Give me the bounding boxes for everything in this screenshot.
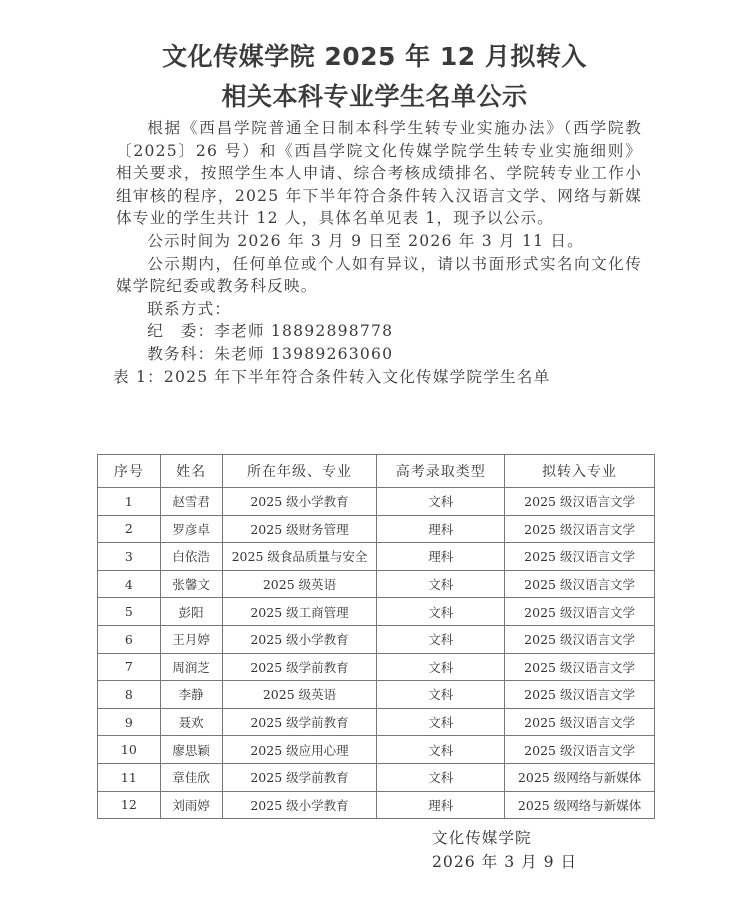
cell-name: 李静 [160, 681, 222, 709]
cell-name: 罗彦卓 [160, 515, 222, 543]
cell-name: 刘雨婷 [160, 791, 222, 819]
cell-admission-type: 文科 [377, 570, 505, 598]
contact-label: 联系方式： [116, 298, 642, 321]
cell-current-major: 2025 级小学教育 [222, 488, 377, 516]
cell-current-major: 2025 级小学教育 [222, 625, 377, 653]
cell-name: 赵雪君 [160, 488, 222, 516]
cell-index: 6 [98, 625, 161, 653]
signature-organization: 文化传媒学院 [432, 826, 532, 848]
cell-index: 5 [98, 598, 161, 626]
cell-name: 王月婷 [160, 625, 222, 653]
cell-target-major: 2025 级汉语言文学 [505, 736, 655, 764]
cell-target-major: 2025 级网络与新媒体 [505, 763, 655, 791]
cell-target-major: 2025 级汉语言文学 [505, 625, 655, 653]
header-admission-type: 高考录取类型 [377, 455, 505, 488]
cell-admission-type: 文科 [377, 708, 505, 736]
cell-current-major: 2025 级应用心理 [222, 736, 377, 764]
table-header-row: 序号 姓名 所在年级、专业 高考录取类型 拟转入专业 [98, 455, 655, 488]
cell-index: 1 [98, 488, 161, 516]
table-row: 8李静2025 级英语文科2025 级汉语言文学 [98, 681, 655, 709]
cell-target-major: 2025 级汉语言文学 [505, 598, 655, 626]
cell-current-major: 2025 级英语 [222, 681, 377, 709]
cell-admission-type: 理科 [377, 791, 505, 819]
document-title-line-1: 文化传媒学院 2025 年 12 月拟转入 [0, 37, 749, 73]
cell-admission-type: 文科 [377, 625, 505, 653]
table-row: 10廖思颖2025 级应用心理文科2025 级汉语言文学 [98, 736, 655, 764]
cell-target-major: 2025 级汉语言文学 [505, 543, 655, 571]
header-current-major: 所在年级、专业 [222, 455, 377, 488]
table-row: 1赵雪君2025 级小学教育文科2025 级汉语言文学 [98, 488, 655, 516]
cell-target-major: 2025 级汉语言文学 [505, 570, 655, 598]
cell-index: 8 [98, 681, 161, 709]
table-row: 6王月婷2025 级小学教育文科2025 级汉语言文学 [98, 625, 655, 653]
cell-index: 3 [98, 543, 161, 571]
table-caption: 表 1：2025 年下半年符合条件转入文化传媒学院学生名单 [113, 366, 642, 389]
cell-admission-type: 文科 [377, 736, 505, 764]
cell-admission-type: 理科 [377, 515, 505, 543]
cell-index: 9 [98, 708, 161, 736]
cell-index: 12 [98, 791, 161, 819]
header-target-major: 拟转入专业 [505, 455, 655, 488]
cell-admission-type: 文科 [377, 653, 505, 681]
table-row: 4张馨文2025 级英语文科2025 级汉语言文学 [98, 570, 655, 598]
cell-current-major: 2025 级小学教育 [222, 791, 377, 819]
table-row: 7周润芝2025 级学前教育文科2025 级汉语言文学 [98, 653, 655, 681]
cell-target-major: 2025 级汉语言文学 [505, 653, 655, 681]
cell-name: 张馨文 [160, 570, 222, 598]
contact-academic-affairs: 教务科：朱老师 13989263060 [116, 343, 642, 366]
paragraph-period: 公示时间为 2026 年 3 月 9 日至 2026 年 3 月 11 日。 [116, 230, 642, 253]
cell-target-major: 2025 级汉语言文学 [505, 488, 655, 516]
student-list-table: 序号 姓名 所在年级、专业 高考录取类型 拟转入专业 1赵雪君2025 级小学教… [97, 454, 655, 819]
cell-admission-type: 文科 [377, 598, 505, 626]
table-row: 2罗彦卓2025 级财务管理理科2025 级汉语言文学 [98, 515, 655, 543]
cell-name: 章佳欣 [160, 763, 222, 791]
cell-name: 聂欢 [160, 708, 222, 736]
document-body: 根据《西昌学院普通全日制本科学生转专业实施办法》（西学院教〔2025〕26 号）… [116, 117, 642, 388]
contact-discipline-committee: 纪 委：李老师 18892898778 [116, 320, 642, 343]
cell-name: 周润芝 [160, 653, 222, 681]
cell-index: 10 [98, 736, 161, 764]
cell-admission-type: 文科 [377, 763, 505, 791]
header-index: 序号 [98, 455, 161, 488]
table-row: 5彭阳2025 级工商管理文科2025 级汉语言文学 [98, 598, 655, 626]
cell-admission-type: 文科 [377, 681, 505, 709]
table-row: 12刘雨婷2025 级小学教育理科2025 级网络与新媒体 [98, 791, 655, 819]
cell-admission-type: 理科 [377, 543, 505, 571]
cell-current-major: 2025 级食品质量与安全 [222, 543, 377, 571]
cell-current-major: 2025 级学前教育 [222, 653, 377, 681]
document-title-line-2: 相关本科专业学生名单公示 [0, 77, 749, 113]
cell-target-major: 2025 级汉语言文学 [505, 515, 655, 543]
cell-index: 2 [98, 515, 161, 543]
paragraph-objection: 公示期内，任何单位或个人如有异议，请以书面形式实名向文化传媒学院纪委或教务科反映… [116, 253, 642, 298]
table-row: 3白依浩2025 级食品质量与安全理科2025 级汉语言文学 [98, 543, 655, 571]
cell-admission-type: 文科 [377, 488, 505, 516]
paragraph-basis: 根据《西昌学院普通全日制本科学生转专业实施办法》（西学院教〔2025〕26 号）… [116, 117, 642, 230]
cell-name: 彭阳 [160, 598, 222, 626]
cell-target-major: 2025 级汉语言文学 [505, 681, 655, 709]
cell-target-major: 2025 级网络与新媒体 [505, 791, 655, 819]
cell-current-major: 2025 级英语 [222, 570, 377, 598]
cell-target-major: 2025 级汉语言文学 [505, 708, 655, 736]
header-name: 姓名 [160, 455, 222, 488]
cell-current-major: 2025 级学前教育 [222, 708, 377, 736]
signature-date: 2026 年 3 月 9 日 [432, 850, 577, 872]
cell-index: 7 [98, 653, 161, 681]
table-row: 9聂欢2025 级学前教育文科2025 级汉语言文学 [98, 708, 655, 736]
table-row: 11章佳欣2025 级学前教育文科2025 级网络与新媒体 [98, 763, 655, 791]
cell-name: 廖思颖 [160, 736, 222, 764]
cell-index: 4 [98, 570, 161, 598]
cell-index: 11 [98, 763, 161, 791]
cell-name: 白依浩 [160, 543, 222, 571]
cell-current-major: 2025 级工商管理 [222, 598, 377, 626]
cell-current-major: 2025 级学前教育 [222, 763, 377, 791]
cell-current-major: 2025 级财务管理 [222, 515, 377, 543]
